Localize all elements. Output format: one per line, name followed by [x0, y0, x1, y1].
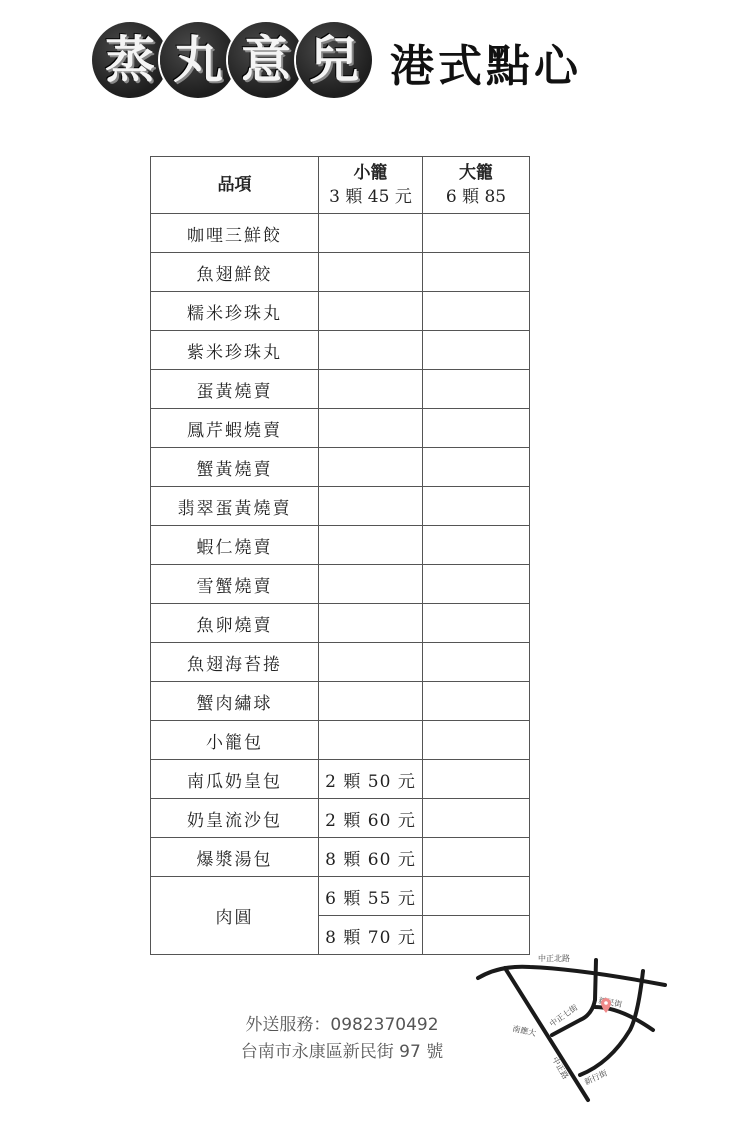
- table-row-meatball: 肉圓 6 顆 55 元: [151, 877, 530, 916]
- table-row: 奶皇流沙包2 顆 60 元: [151, 799, 530, 838]
- item-name: 奶皇流沙包: [151, 799, 319, 838]
- small-price: 2 顆 50 元: [319, 760, 423, 799]
- table-row: 蝦仁燒賣: [151, 526, 530, 565]
- large-price: [423, 487, 530, 526]
- item-name: 魚卵燒賣: [151, 604, 319, 643]
- small-price: [319, 409, 423, 448]
- small-price: 8 顆 70 元: [319, 916, 423, 955]
- large-price: [423, 526, 530, 565]
- small-price: [319, 331, 423, 370]
- small-price: [319, 526, 423, 565]
- large-price: [423, 331, 530, 370]
- table-row: 糯米珍珠丸: [151, 292, 530, 331]
- small-price: [319, 604, 423, 643]
- logo-char: 蒸: [92, 30, 168, 90]
- page-subtitle: 港式點心: [390, 30, 582, 94]
- map-label: 南應大: [512, 1023, 538, 1038]
- small-price: [319, 370, 423, 409]
- column-header-label: 品項: [218, 175, 252, 195]
- column-header-large: 大籠 6 顆 85: [423, 157, 530, 214]
- table-row: 蟹肉繡球: [151, 682, 530, 721]
- column-header-label: 大籠: [423, 161, 529, 185]
- table-row: 魚卵燒賣: [151, 604, 530, 643]
- small-price: [319, 214, 423, 253]
- item-name: 糯米珍珠丸: [151, 292, 319, 331]
- table-row: 蟹黃燒賣: [151, 448, 530, 487]
- large-price: [423, 604, 530, 643]
- small-price: [319, 643, 423, 682]
- logo-char: 意: [228, 30, 304, 90]
- large-price: [423, 877, 530, 916]
- footer-contact: 外送服務：0982370492 台南市永康區新民街 97 號: [222, 1012, 462, 1066]
- road-xinxing: [580, 971, 643, 1075]
- menu-table: 品項 小籠 3 顆 45 元 大籠 6 顆 85 咖哩三鮮餃 魚翅鮮餃 糯米珍珠…: [150, 156, 530, 955]
- item-name: 翡翠蛋黃燒賣: [151, 487, 319, 526]
- column-header-item: 品項: [151, 157, 319, 214]
- logo-char: 丸: [160, 30, 236, 90]
- column-header-small: 小籠 3 顆 45 元: [319, 157, 423, 214]
- item-name: 紫米珍珠丸: [151, 331, 319, 370]
- large-price: [423, 253, 530, 292]
- item-name: 蝦仁燒賣: [151, 526, 319, 565]
- large-price: [423, 643, 530, 682]
- item-name: 蟹黃燒賣: [151, 448, 319, 487]
- item-name: 肉圓: [151, 877, 319, 955]
- small-price: [319, 565, 423, 604]
- large-price: [423, 409, 530, 448]
- small-price: [319, 253, 423, 292]
- small-price: 2 顆 60 元: [319, 799, 423, 838]
- small-price: [319, 682, 423, 721]
- item-name: 咖哩三鮮餃: [151, 214, 319, 253]
- small-price: [319, 487, 423, 526]
- large-price: [423, 799, 530, 838]
- large-price: [423, 565, 530, 604]
- large-price: [423, 838, 530, 877]
- column-header-label: 小籠: [319, 161, 422, 185]
- item-name: 魚翅鮮餃: [151, 253, 319, 292]
- location-map: 中正北路 新民街 中正七街 南應大 中正路 新行街: [470, 945, 670, 1115]
- table-row: 翡翠蛋黃燒賣: [151, 487, 530, 526]
- small-price: [319, 721, 423, 760]
- large-price: [423, 448, 530, 487]
- large-price: [423, 370, 530, 409]
- item-name: 蟹肉繡球: [151, 682, 319, 721]
- table-row: 紫米珍珠丸: [151, 331, 530, 370]
- small-price: 8 顆 60 元: [319, 838, 423, 877]
- small-price: [319, 292, 423, 331]
- large-price: [423, 721, 530, 760]
- column-header-price: 3 顆 45 元: [319, 185, 422, 209]
- table-row: 南瓜奶皇包2 顆 50 元: [151, 760, 530, 799]
- store-address: 台南市永康區新民街 97 號: [222, 1039, 462, 1066]
- table-row: 咖哩三鮮餃: [151, 214, 530, 253]
- delivery-phone: 外送服務：0982370492: [222, 1012, 462, 1039]
- small-price: [319, 448, 423, 487]
- table-row: 蛋黃燒賣: [151, 370, 530, 409]
- large-price: [423, 292, 530, 331]
- table-row: 魚翅海苔捲: [151, 643, 530, 682]
- table-row: 爆漿湯包8 顆 60 元: [151, 838, 530, 877]
- large-price: [423, 214, 530, 253]
- item-name: 小籠包: [151, 721, 319, 760]
- brand-logo: 蒸 丸 意 兒: [92, 22, 372, 100]
- item-name: 南瓜奶皇包: [151, 760, 319, 799]
- item-name: 魚翅海苔捲: [151, 643, 319, 682]
- table-row: 小籠包: [151, 721, 530, 760]
- column-header-price: 6 顆 85: [423, 185, 529, 209]
- item-name: 鳳芹蝦燒賣: [151, 409, 319, 448]
- large-price: [423, 682, 530, 721]
- table-row: 雪蟹燒賣: [151, 565, 530, 604]
- item-name: 爆漿湯包: [151, 838, 319, 877]
- item-name: 雪蟹燒賣: [151, 565, 319, 604]
- logo-char: 兒: [296, 30, 372, 90]
- item-name: 蛋黃燒賣: [151, 370, 319, 409]
- table-row: 鳳芹蝦燒賣: [151, 409, 530, 448]
- road-xinmin: [595, 1007, 653, 1030]
- table-row: 魚翅鮮餃: [151, 253, 530, 292]
- table-header-row: 品項 小籠 3 顆 45 元 大籠 6 顆 85: [151, 157, 530, 214]
- large-price: [423, 760, 530, 799]
- map-label: 中正北路: [538, 953, 570, 963]
- small-price: 6 顆 55 元: [319, 877, 423, 916]
